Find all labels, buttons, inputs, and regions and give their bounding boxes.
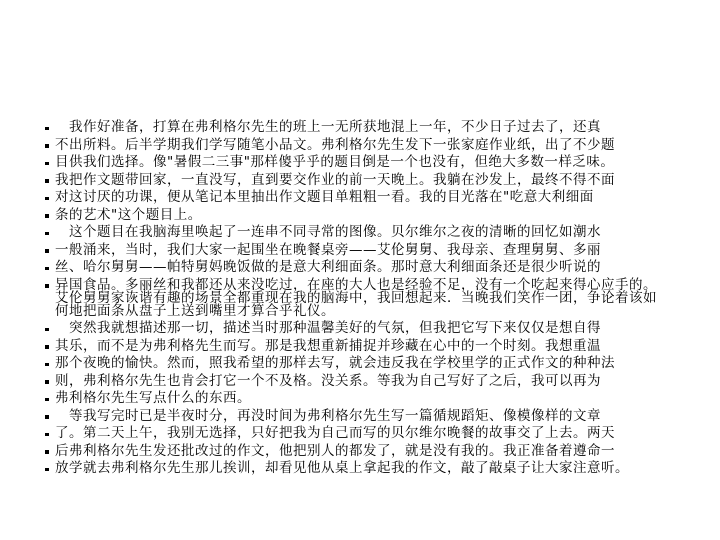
bullet-item: 等我写完时已是半夜时分，再没时间为弗利格尔先生写一篇循规蹈矩、像模像样的文章 <box>43 408 713 426</box>
bullet-text: 突然我就想描述那一切，描述当时那种温馨美好的气氛，但我把它写下来仅仅是想自得 <box>55 322 713 335</box>
bullet-item: 后弗利格尔先生发还批改过的作文，他把别人的都发了，就是没有我的。我正准备着遵命一 <box>43 443 713 461</box>
bullet-item: 目供我们选择。像"暑假二三事"那样傻乎乎的题目倒是一个也没有，但绝大多数一样乏味… <box>43 154 713 172</box>
bullet-item: 其乐，而不是为弗利格先生而写。那是我想重新捕捉并珍藏在心中的一个时刻。我想重温 <box>43 338 713 356</box>
bullet-item: 则，弗利格尔先生也肯会打它一个不及格。没关系。等我为自己写好了之后，我可以再为 <box>43 373 713 391</box>
text-line: 我作好准备，打算在弗利格尔先生的班上一无所获地混上一年，不少日子过去了，还真 <box>55 121 713 134</box>
bullet-text: 异国食品。多丽丝和我都还从来没吃过，在座的大人也是经验不足，没有一个吃起来得心应… <box>55 279 713 318</box>
bullet-text: 等我写完时已是半夜时分，再没时间为弗利格尔先生写一篇循规蹈矩、像模像样的文章 <box>55 410 713 423</box>
bullet-text: 则，弗利格尔先生也肯会打它一个不及格。没关系。等我为自己写好了之后，我可以再为 <box>55 375 713 388</box>
bullet-text: 那个夜晚的愉快。然而，照我希望的那样去写，就会违反我在学校里学的正式作文的种种法 <box>55 357 713 370</box>
bullet-square-icon <box>45 197 49 201</box>
bullet-square-icon <box>45 450 49 454</box>
bullet-square-icon <box>45 162 49 166</box>
bullet-square-icon <box>45 214 49 218</box>
bullet-square-icon <box>45 249 49 253</box>
bullet-item: 这个题目在我脑海里唤起了一连串不同寻常的图像。贝尔维尔之夜的清晰的回忆如潮水 <box>43 224 713 242</box>
bullet-text: 其乐，而不是为弗利格先生而写。那是我想重新捕捉并珍藏在心中的一个时刻。我想重温 <box>55 340 713 353</box>
text-line: 其乐，而不是为弗利格先生而写。那是我想重新捕捉并珍藏在心中的一个时刻。我想重温 <box>55 340 713 353</box>
bullet-square-icon <box>45 144 49 148</box>
bullet-text: 这个题目在我脑海里唤起了一连串不同寻常的图像。贝尔维尔之夜的清晰的回忆如潮水 <box>55 226 713 239</box>
bullet-text: 放学就去弗利格尔先生那儿挨训，却看见他从桌上拿起我的作文，敲了敲桌子让大家注意听… <box>55 462 713 475</box>
text-line: 目供我们选择。像"暑假二三事"那样傻乎乎的题目倒是一个也没有，但绝大多数一样乏味… <box>55 156 713 169</box>
bullet-text: 我作好准备，打算在弗利格尔先生的班上一无所获地混上一年，不少日子过去了，还真 <box>55 121 713 134</box>
text-line: 丝、哈尔舅舅——帕特舅妈晚饭做的是意大利细面条。那时意大利细面条还是很少听说的 <box>55 261 713 274</box>
bullet-text: 丝、哈尔舅舅——帕特舅妈晚饭做的是意大利细面条。那时意大利细面条还是很少听说的 <box>55 261 713 274</box>
text-line: 对这讨厌的功课，便从笔记本里抽出作文题目单粗粗一看。我的目光落在"吃意大利细面 <box>55 191 713 204</box>
bullet-square-icon <box>45 363 49 367</box>
text-line: 这个题目在我脑海里唤起了一连串不同寻常的图像。贝尔维尔之夜的清晰的回忆如潮水 <box>55 226 713 239</box>
bullet-square-icon <box>45 398 49 402</box>
text-line: 突然我就想描述那一切，描述当时那种温馨美好的气氛，但我把它写下来仅仅是想自得 <box>55 322 713 335</box>
bullet-text: 目供我们选择。像"暑假二三事"那样傻乎乎的题目倒是一个也没有，但绝大多数一样乏味… <box>55 156 713 169</box>
bullet-item: 放学就去弗利格尔先生那儿挨训，却看见他从桌上拿起我的作文，敲了敲桌子让大家注意听… <box>43 460 713 478</box>
bullet-text: 条的艺术"这个题目上。 <box>55 209 713 222</box>
bullet-text: 不出所料。后半学期我们学写随笔小品文。弗利格尔先生发下一张家庭作业纸，出了不少题 <box>55 139 713 152</box>
bullet-item: 一般涌来，当时，我们大家一起围坐在晚餐桌旁——艾伦舅舅、我母亲、查理舅舅、多丽 <box>43 242 713 260</box>
bullet-text: 对这讨厌的功课，便从笔记本里抽出作文题目单粗粗一看。我的目光落在"吃意大利细面 <box>55 191 713 204</box>
bullet-item: 异国食品。多丽丝和我都还从来没吃过，在座的大人也是经验不足，没有一个吃起来得心应… <box>43 277 713 321</box>
bullet-text: 后弗利格尔先生发还批改过的作文，他把别人的都发了，就是没有我的。我正准备着遵命一 <box>55 445 713 458</box>
bullet-item: 弗利格尔先生写点什么的东西。 <box>43 390 713 408</box>
text-line: 我把作文题带回家，一直没写，直到要交作业的前一天晚上。我躺在沙发上，最终不得不面 <box>55 174 713 187</box>
bullet-square-icon <box>45 345 49 349</box>
bullet-text: 一般涌来，当时，我们大家一起围坐在晚餐桌旁——艾伦舅舅、我母亲、查理舅舅、多丽 <box>55 244 713 257</box>
bullet-item: 不出所料。后半学期我们学写随笔小品文。弗利格尔先生发下一张家庭作业纸，出了不少题 <box>43 137 713 155</box>
text-line: 了。第二天上午，我别无选择，只好把我为自己而写的贝尔维尔晚餐的故事交了上去。两天 <box>55 427 713 440</box>
bullet-text: 弗利格尔先生写点什么的东西。 <box>55 392 713 405</box>
bullet-item: 我把作文题带回家，一直没写，直到要交作业的前一天晚上。我躺在沙发上，最终不得不面 <box>43 172 713 190</box>
bullet-item: 了。第二天上午，我别无选择，只好把我为自己而写的贝尔维尔晚餐的故事交了上去。两天 <box>43 425 713 443</box>
text-block: 我作好准备，打算在弗利格尔先生的班上一无所获地混上一年，不少日子过去了，还真 不… <box>43 119 713 478</box>
bullet-square-icon <box>45 179 49 183</box>
bullet-item: 我作好准备，打算在弗利格尔先生的班上一无所获地混上一年，不少日子过去了，还真 <box>43 119 713 137</box>
bullet-item: 那个夜晚的愉快。然而，照我希望的那样去写，就会违反我在学校里学的正式作文的种种法 <box>43 355 713 373</box>
bullet-square-icon <box>45 232 49 236</box>
slide-canvas: 我作好准备，打算在弗利格尔先生的班上一无所获地混上一年，不少日子过去了，还真 不… <box>0 0 720 540</box>
bullet-text: 我把作文题带回家，一直没写，直到要交作业的前一天晚上。我躺在沙发上，最终不得不面 <box>55 174 713 187</box>
text-line: 等我写完时已是半夜时分，再没时间为弗利格尔先生写一篇循规蹈矩、像模像样的文章 <box>55 410 713 423</box>
text-line: 那个夜晚的愉快。然而，照我希望的那样去写，就会违反我在学校里学的正式作文的种种法 <box>55 357 713 370</box>
bullet-text: 了。第二天上午，我别无选择，只好把我为自己而写的贝尔维尔晚餐的故事交了上去。两天 <box>55 427 713 440</box>
text-line: 何地把面条从盘子上送到嘴里才算合乎礼仪。 <box>55 305 713 318</box>
bullet-list: 我作好准备，打算在弗利格尔先生的班上一无所获地混上一年，不少日子过去了，还真 不… <box>43 119 713 478</box>
bullet-item: 对这讨厌的功课，便从笔记本里抽出作文题目单粗粗一看。我的目光落在"吃意大利细面 <box>43 189 713 207</box>
bullet-square-icon <box>45 284 49 288</box>
bullet-square-icon <box>45 328 49 332</box>
text-line: 则，弗利格尔先生也肯会打它一个不及格。没关系。等我为自己写好了之后，我可以再为 <box>55 375 713 388</box>
bullet-square-icon <box>45 127 49 131</box>
bullet-item: 突然我就想描述那一切，描述当时那种温馨美好的气氛，但我把它写下来仅仅是想自得 <box>43 320 713 338</box>
text-line: 弗利格尔先生写点什么的东西。 <box>55 392 713 405</box>
text-line: 条的艺术"这个题目上。 <box>55 209 713 222</box>
text-line: 放学就去弗利格尔先生那儿挨训，却看见他从桌上拿起我的作文，敲了敲桌子让大家注意听… <box>55 462 713 475</box>
text-line: 一般涌来，当时，我们大家一起围坐在晚餐桌旁——艾伦舅舅、我母亲、查理舅舅、多丽 <box>55 244 713 257</box>
text-line: 后弗利格尔先生发还批改过的作文，他把别人的都发了，就是没有我的。我正准备着遵命一 <box>55 445 713 458</box>
bullet-square-icon <box>45 415 49 419</box>
bullet-square-icon <box>45 267 49 271</box>
bullet-square-icon <box>45 433 49 437</box>
bullet-item: 条的艺术"这个题目上。 <box>43 207 713 225</box>
bullet-square-icon <box>45 380 49 384</box>
bullet-square-icon <box>45 468 49 472</box>
bullet-item: 丝、哈尔舅舅——帕特舅妈晚饭做的是意大利细面条。那时意大利细面条还是很少听说的 <box>43 259 713 277</box>
text-line: 不出所料。后半学期我们学写随笔小品文。弗利格尔先生发下一张家庭作业纸，出了不少题 <box>55 139 713 152</box>
